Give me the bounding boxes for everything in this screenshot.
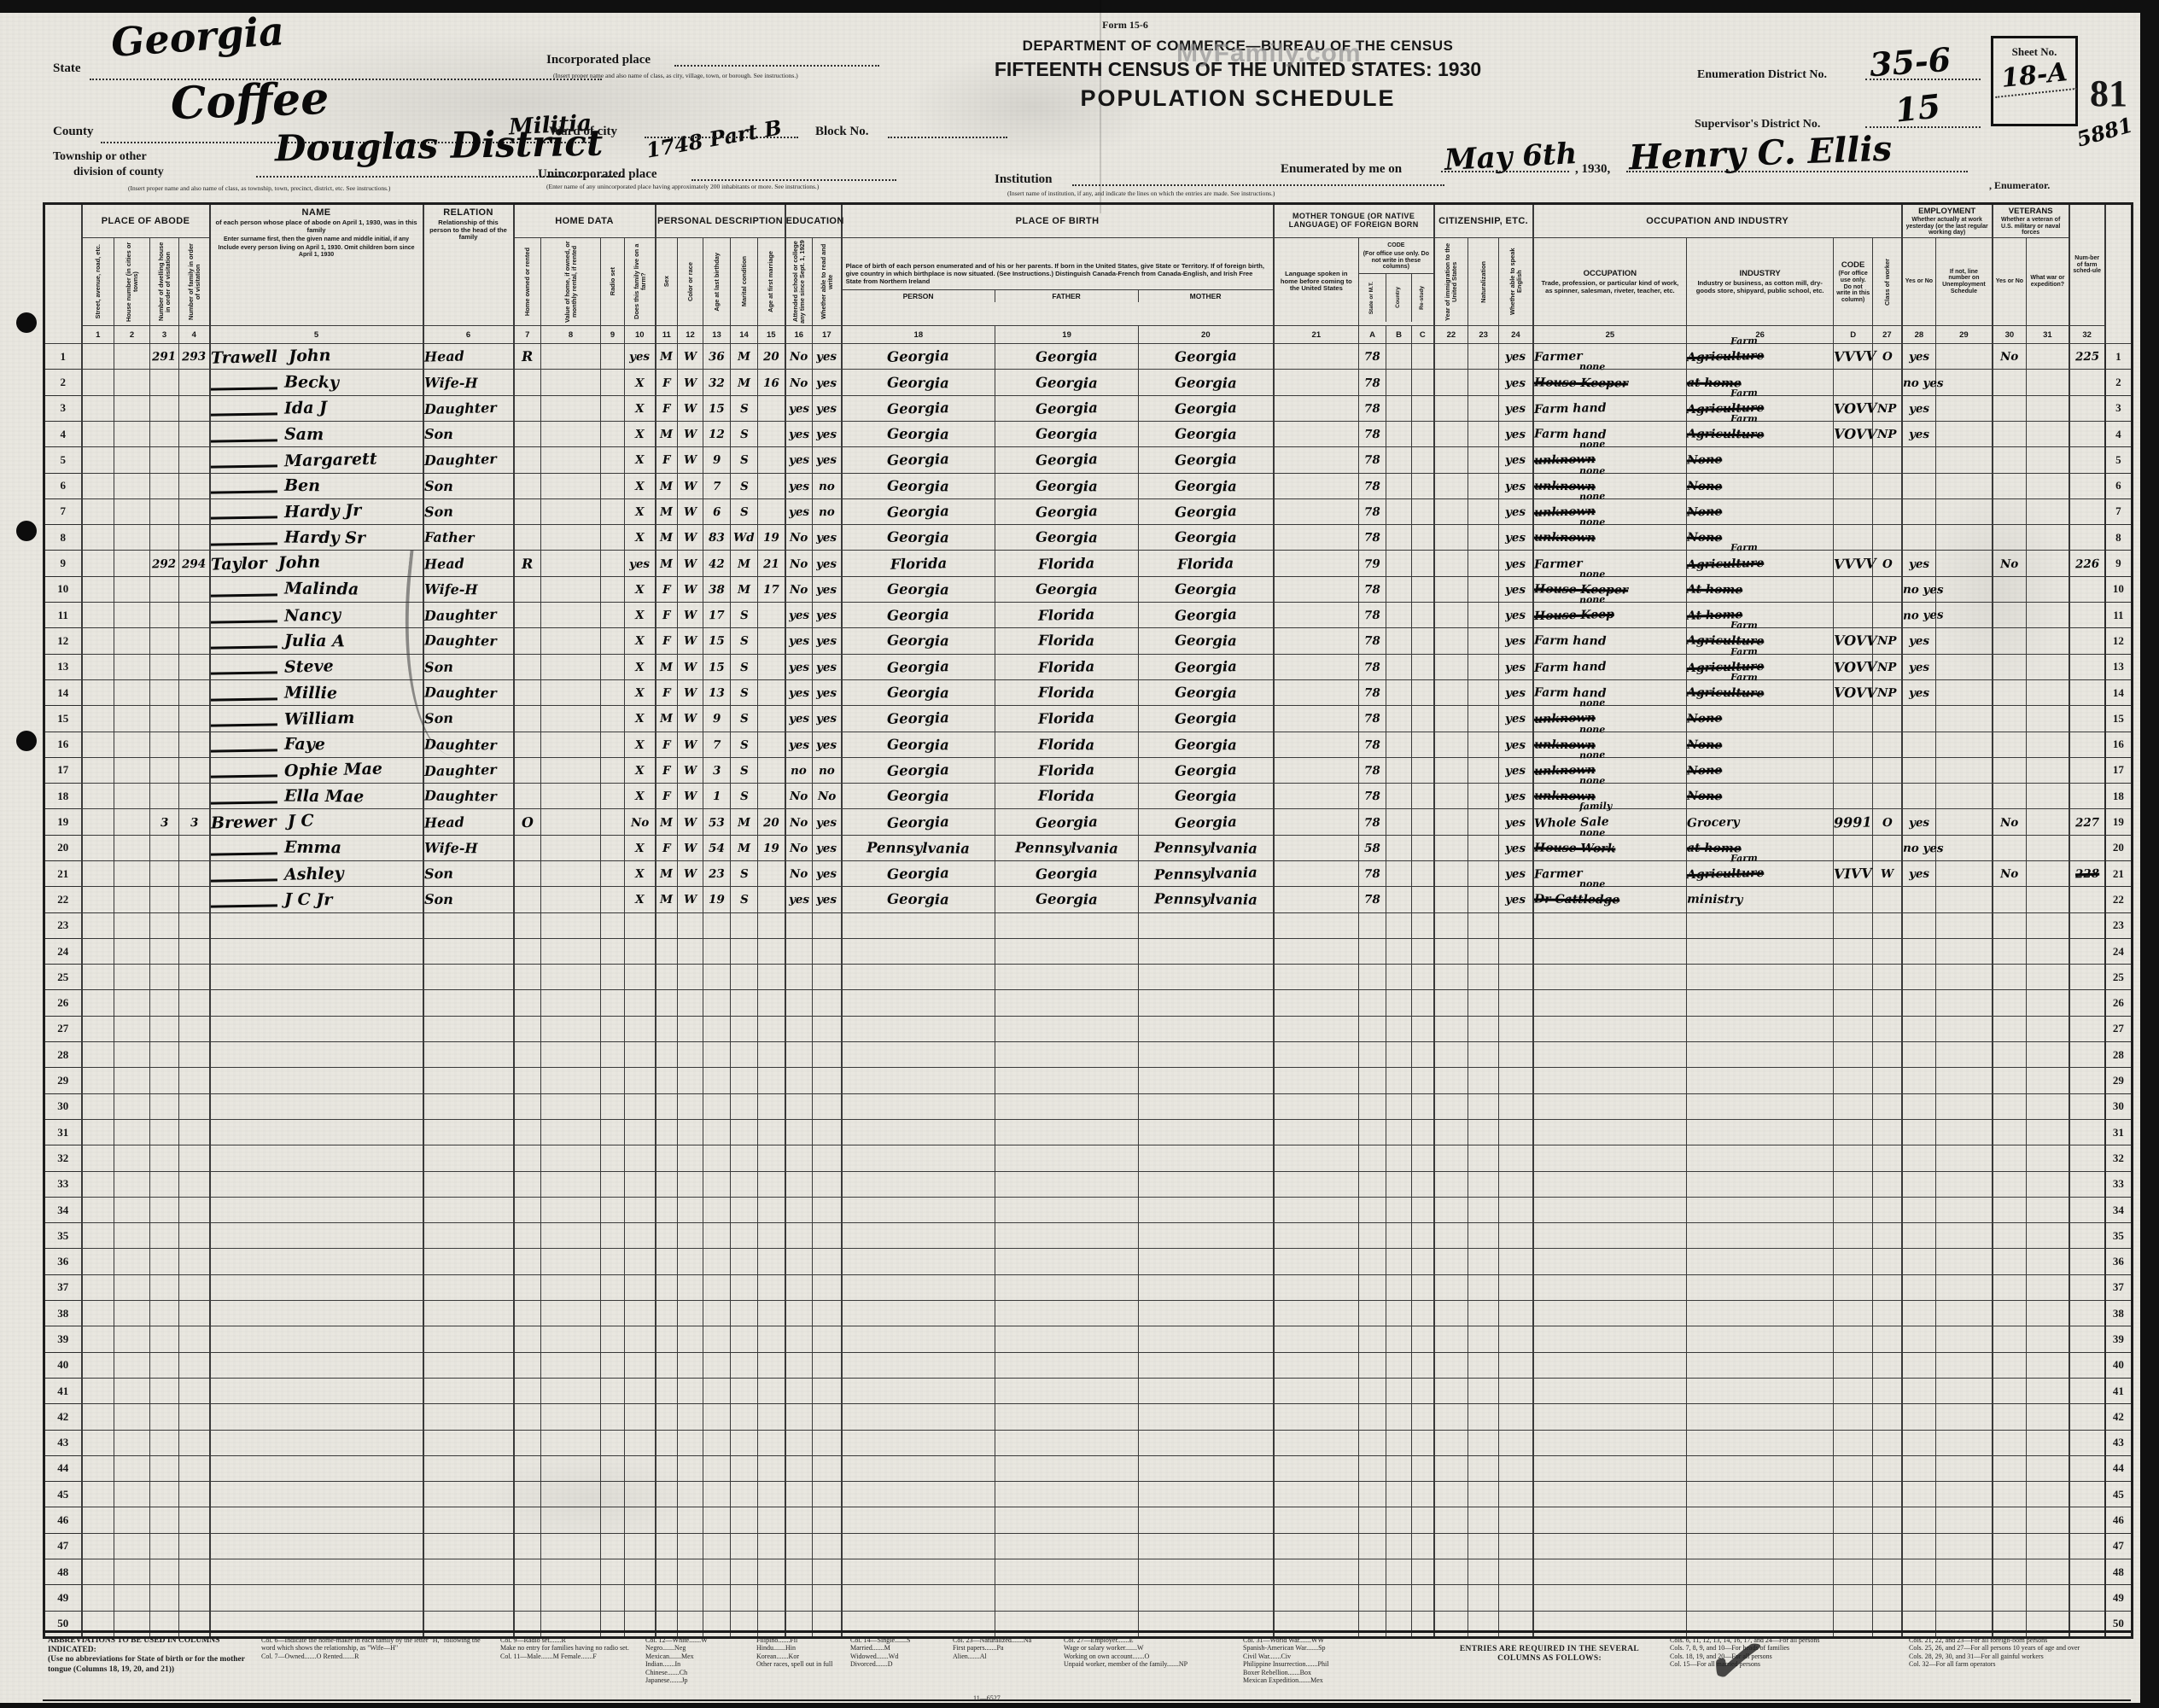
cell-c13 <box>703 1068 731 1093</box>
cell-cD <box>1834 1301 1873 1326</box>
col-number-cD: D <box>1834 326 1873 344</box>
birthplace-mother: Georgia <box>1139 654 1274 679</box>
cell-c31 <box>2027 1171 2069 1197</box>
cell-c6 <box>423 1171 514 1197</box>
cell-c23 <box>1468 1042 1499 1068</box>
cell-c17 <box>813 1197 842 1222</box>
cell-c8 <box>541 421 601 446</box>
relation-cell: Daughter <box>423 757 514 783</box>
cell-c25 <box>1533 1455 1687 1481</box>
age-first-marriage <box>758 473 785 498</box>
cell-c24 <box>1499 990 1533 1016</box>
occupation-code: VOVV <box>1834 654 1873 679</box>
cell-c13 <box>703 1404 731 1430</box>
industry-cell: FarmAgriculture <box>1687 344 1834 370</box>
birthplace-person: Georgia <box>842 576 995 602</box>
cell-c28 <box>1902 1430 1936 1455</box>
footer-line: Cols. 7, 8, 9, and 10—For heads of famil… <box>1670 1644 1899 1652</box>
cell-c4 <box>179 1042 210 1068</box>
birthplace-person: Georgia <box>842 525 995 551</box>
cell-c23 <box>1468 421 1499 446</box>
farm-schedule-number <box>2069 576 2105 602</box>
cell-c21 <box>1274 912 1359 938</box>
industry-cell: at home <box>1687 370 1834 395</box>
class-of-worker <box>1873 603 1902 628</box>
line-number: 9 <box>2105 551 2133 576</box>
cell-c15 <box>758 1326 785 1352</box>
industry-cell: Grocery <box>1687 809 1834 835</box>
race-cell: W <box>678 784 703 809</box>
cell-cD <box>1834 990 1873 1016</box>
cell-c18 <box>842 1455 995 1481</box>
cell-c21 <box>1274 473 1359 498</box>
cell-c29 <box>1936 603 1993 628</box>
cell-c31 <box>2027 757 2069 783</box>
cell-c9 <box>601 1430 625 1455</box>
dwelling-number <box>150 679 179 705</box>
cell-c23 <box>1468 525 1499 551</box>
cell-cB <box>1386 1145 1412 1171</box>
cell-c14 <box>731 1249 758 1274</box>
footer-line: Indian.......In <box>645 1660 746 1668</box>
sex-cell: M <box>656 344 678 370</box>
cell-c31 <box>2027 654 2069 679</box>
cell-c31 <box>2027 1326 2069 1352</box>
cell-c15 <box>758 938 785 964</box>
cell-c8 <box>541 1042 601 1068</box>
cell-c18 <box>842 1404 995 1430</box>
cell-cB <box>1386 421 1412 446</box>
cell-c1 <box>82 370 114 395</box>
cell-c3 <box>150 1093 179 1119</box>
line-number: 36 <box>2105 1249 2133 1274</box>
col-number-c20: 20 <box>1139 326 1274 344</box>
cell-c30 <box>1993 1119 2027 1145</box>
read-write: yes <box>813 421 842 446</box>
cell-c13 <box>703 1223 731 1249</box>
schedule-row-3: 3Ida JDaughterXFW15SyesyesGeorgiaGeorgia… <box>44 395 2133 421</box>
cell-c9 <box>601 1455 625 1481</box>
cell-c5 <box>210 1455 423 1481</box>
cell-c6 <box>423 1378 514 1403</box>
cell-cA <box>1359 1455 1386 1481</box>
cell-c2 <box>114 1249 150 1274</box>
cell-cC <box>1412 551 1434 576</box>
cell-c10 <box>625 1533 656 1559</box>
cell-c23 <box>1468 344 1499 370</box>
col-number-c18: 18 <box>842 326 995 344</box>
speaks-english: yes <box>1499 757 1533 783</box>
industry-cell: None <box>1687 706 1834 732</box>
occupation-cell: noneHouse Keep <box>1533 603 1687 628</box>
speaks-english: yes <box>1499 576 1533 602</box>
veteran-cell <box>1993 603 2027 628</box>
cell-cB <box>1386 1326 1412 1352</box>
cell-cB <box>1386 1093 1412 1119</box>
supervisor-district-label: Supervisor's District No. <box>1695 118 1820 131</box>
attended-school: yes <box>785 395 813 421</box>
cell-c27 <box>1873 1145 1902 1171</box>
cell-c14 <box>731 1016 758 1041</box>
occupation-code: VVVV <box>1834 551 1873 576</box>
occupation-cell: noneunknown <box>1533 732 1687 757</box>
cell-c14 <box>731 1482 758 1507</box>
line-number: 48 <box>2105 1559 2133 1585</box>
cell-cA <box>1359 1223 1386 1249</box>
cell-c29 <box>1936 344 1993 370</box>
attended-school: No <box>785 576 813 602</box>
industry-cell: None <box>1687 498 1834 524</box>
cell-c21 <box>1274 1507 1359 1533</box>
col-number-c30: 30 <box>1993 326 2027 344</box>
birthplace-father: Florida <box>995 654 1139 679</box>
cell-cC <box>1412 679 1434 705</box>
age-cell: 13 <box>703 679 731 705</box>
cell-c4 <box>179 1585 210 1611</box>
cell-c14 <box>731 965 758 990</box>
cell-c28 <box>1902 1223 1936 1249</box>
cell-c10 <box>625 990 656 1016</box>
name-cell: J C Jr <box>210 887 423 912</box>
col-number-cA: A <box>1359 326 1386 344</box>
cell-c26 <box>1687 1533 1834 1559</box>
ditto-mark <box>211 594 277 598</box>
class-of-worker <box>1873 473 1902 498</box>
schedule-row-34: 3434 <box>44 1197 2133 1222</box>
cell-c7 <box>514 1249 541 1274</box>
lives-on-farm: X <box>625 603 656 628</box>
cell-c5 <box>210 1249 423 1274</box>
cell-cD <box>1834 1042 1873 1068</box>
cell-c29 <box>1936 1145 1993 1171</box>
footer-line: Chinese.......Ch <box>645 1669 746 1676</box>
cell-c2 <box>114 809 150 835</box>
cell-cB <box>1386 1378 1412 1403</box>
line-number: 38 <box>2105 1301 2133 1326</box>
abbreviations-footer: ABBREVIATIONS TO BE USED IN COLUMNS INDI… <box>43 1630 2131 1701</box>
cell-c9 <box>601 576 625 602</box>
cell-c22 <box>1434 1016 1468 1041</box>
cell-c23 <box>1468 551 1499 576</box>
cell-c29 <box>1936 1585 1993 1611</box>
cell-c29 <box>1936 1507 1993 1533</box>
cell-c21 <box>1274 498 1359 524</box>
cell-c19 <box>995 1249 1139 1274</box>
cell-cD <box>1834 1274 1873 1300</box>
read-write: yes <box>813 370 842 395</box>
group-education: EDUCATION <box>785 204 842 238</box>
ditto-mark <box>211 620 277 623</box>
cell-cD <box>1834 965 1873 990</box>
col-header-c3: Number of dwelling house in order of vis… <box>150 238 179 326</box>
cell-c10 <box>625 1016 656 1041</box>
cell-c15 <box>758 1197 785 1222</box>
home-owned-rented <box>514 603 541 628</box>
code-state: 78 <box>1359 732 1386 757</box>
relation-cell: Daughter <box>423 447 514 473</box>
cell-c17 <box>813 1378 842 1403</box>
cell-c9 <box>601 1068 625 1093</box>
name-cell: Steve <box>210 654 423 679</box>
cell-c32 <box>2069 1507 2105 1533</box>
cell-c9 <box>601 603 625 628</box>
cell-c27 <box>1873 965 1902 990</box>
cell-c2 <box>114 1352 150 1378</box>
cell-cA <box>1359 1042 1386 1068</box>
cell-c11 <box>656 965 678 990</box>
family-number <box>179 757 210 783</box>
line-number: 26 <box>44 990 82 1016</box>
cell-c22 <box>1434 603 1468 628</box>
cell-c8 <box>541 551 601 576</box>
col-header-c28: Yes or No <box>1902 238 1936 326</box>
read-write: no <box>813 473 842 498</box>
veteran-cell <box>1993 421 2027 446</box>
line-number: 32 <box>44 1145 82 1171</box>
cell-c15 <box>758 1559 785 1585</box>
marital-cell: M <box>731 370 758 395</box>
cell-c10 <box>625 1223 656 1249</box>
cell-c22 <box>1434 1068 1468 1093</box>
home-owned-rented <box>514 628 541 654</box>
cell-c25 <box>1533 938 1687 964</box>
cell-cD <box>1834 1068 1873 1093</box>
occupation-note: none <box>1579 775 1605 786</box>
cell-c8 <box>541 1171 601 1197</box>
cell-c27 <box>1873 1093 1902 1119</box>
cell-c2 <box>114 861 150 887</box>
cell-c24 <box>1499 1093 1533 1119</box>
line-number: 31 <box>2105 1119 2133 1145</box>
cell-cB <box>1386 1068 1412 1093</box>
cell-c28 <box>1902 1507 1936 1533</box>
cell-c30 <box>1993 990 2027 1016</box>
schedule-row-31: 3131 <box>44 1119 2133 1145</box>
cell-c31 <box>2027 784 2069 809</box>
cell-c23 <box>1468 1559 1499 1585</box>
col-header-c22: Year of immigration to the United States <box>1434 238 1468 326</box>
cell-c28 <box>1902 1585 1936 1611</box>
cell-c12 <box>678 1249 703 1274</box>
age-first-marriage <box>758 784 785 809</box>
cell-c21 <box>1274 1274 1359 1300</box>
cell-c20 <box>1139 990 1274 1016</box>
cell-c29 <box>1936 370 1993 395</box>
abbreviation-block: Cols. 6, 11, 12, 13, 14, 16, 17, and 24—… <box>1665 1633 1904 1672</box>
cell-c9 <box>601 835 625 860</box>
line-number: 16 <box>2105 732 2133 757</box>
cell-c5 <box>210 1533 423 1559</box>
cell-cB <box>1386 706 1412 732</box>
cell-c13 <box>703 1455 731 1481</box>
cell-cB <box>1386 1507 1412 1533</box>
attended-school: No <box>785 784 813 809</box>
cell-cC <box>1412 473 1434 498</box>
cell-c27 <box>1873 938 1902 964</box>
age-cell: 32 <box>703 370 731 395</box>
cell-c22 <box>1434 654 1468 679</box>
speaks-english: yes <box>1499 628 1533 654</box>
line-number: 24 <box>2105 938 2133 964</box>
line-number: 34 <box>44 1197 82 1222</box>
cell-c27 <box>1873 1533 1902 1559</box>
speaks-english: yes <box>1499 784 1533 809</box>
cell-c15 <box>758 1016 785 1041</box>
cell-c4 <box>179 1301 210 1326</box>
footer-line: ENTRIES ARE REQUIRED IN THE SEVERAL COLU… <box>1439 1645 1660 1664</box>
group-name: NAMEof each person whose place of abode … <box>210 204 423 326</box>
cell-c32 <box>2069 1249 2105 1274</box>
cell-c3 <box>150 1016 179 1041</box>
col-number-c32: 32 <box>2069 326 2105 344</box>
birthplace-person: Georgia <box>842 370 995 395</box>
schedule-row-38: 3838 <box>44 1301 2133 1326</box>
print-code: 11—6527 <box>973 1694 1001 1702</box>
cell-c17 <box>813 1119 842 1145</box>
code-state: 78 <box>1359 525 1386 551</box>
cell-c8 <box>541 757 601 783</box>
ditto-mark <box>211 542 277 545</box>
col-number-c16: 16 <box>785 326 813 344</box>
footer-line: First papers.......Pa <box>953 1644 1053 1652</box>
code-state: 78 <box>1359 784 1386 809</box>
block-line <box>888 114 1007 138</box>
worked-yesterday <box>1902 732 1936 757</box>
cell-c7 <box>514 1042 541 1068</box>
cell-c31 <box>2027 498 2069 524</box>
cell-c1 <box>82 654 114 679</box>
cell-c22 <box>1434 628 1468 654</box>
veteran-cell <box>1993 835 2027 860</box>
cell-c11 <box>656 1274 678 1300</box>
cell-c25 <box>1533 1223 1687 1249</box>
industry-header: INDUSTRYIndustry or business, as cotton … <box>1687 238 1834 326</box>
cell-c26 <box>1687 1145 1834 1171</box>
cell-c25 <box>1533 1326 1687 1352</box>
cell-c9 <box>601 1249 625 1274</box>
cell-c28 <box>1902 1326 1936 1352</box>
cell-c22 <box>1434 395 1468 421</box>
age-cell: 83 <box>703 525 731 551</box>
cell-cA <box>1359 1482 1386 1507</box>
cell-c24 <box>1499 1223 1533 1249</box>
cell-c2 <box>114 421 150 446</box>
cell-c4 <box>179 1559 210 1585</box>
schedule-row-36: 3636 <box>44 1249 2133 1274</box>
birthplace-person: Georgia <box>842 473 995 498</box>
occupation-code <box>1834 887 1873 912</box>
cell-c16 <box>785 1068 813 1093</box>
cell-c20 <box>1139 912 1274 938</box>
cell-cA <box>1359 1016 1386 1041</box>
birthplace-mother: Georgia <box>1139 603 1274 628</box>
read-write: yes <box>813 654 842 679</box>
worked-yesterday: yes <box>1902 654 1936 679</box>
cell-c10 <box>625 1378 656 1403</box>
cell-c25 <box>1533 1119 1687 1145</box>
lives-on-farm: X <box>625 498 656 524</box>
code-state: 78 <box>1359 679 1386 705</box>
cell-c3 <box>150 1042 179 1068</box>
cell-c2 <box>114 757 150 783</box>
dwelling-number <box>150 421 179 446</box>
cell-c5 <box>210 1274 423 1300</box>
cell-c23 <box>1468 1197 1499 1222</box>
cell-c26 <box>1687 1482 1834 1507</box>
occupation-cell: noneHouse Keeper <box>1533 370 1687 395</box>
occupation-cell: noneunknown <box>1533 447 1687 473</box>
cell-c13 <box>703 1585 731 1611</box>
cell-c26 <box>1687 1404 1834 1430</box>
cell-c31 <box>2027 990 2069 1016</box>
schedule-row-6: 6BenSonXMW7SyesnoGeorgiaGeorgiaGeorgia78… <box>44 473 2133 498</box>
farm-schedule-number <box>2069 603 2105 628</box>
veteran-cell <box>1993 654 2027 679</box>
cell-c10 <box>625 1093 656 1119</box>
class-of-worker: NP <box>1873 628 1902 654</box>
cell-cB <box>1386 938 1412 964</box>
cell-c14 <box>731 1533 758 1559</box>
schedule-row-8: 8Hardy SrFatherXMW83Wd19NoyesGeorgiaGeor… <box>44 525 2133 551</box>
speaks-english: yes <box>1499 887 1533 912</box>
lives-on-farm: X <box>625 861 656 887</box>
cell-cA <box>1359 1533 1386 1559</box>
cell-c18 <box>842 1145 995 1171</box>
class-of-worker <box>1873 887 1902 912</box>
name-cell: Becky <box>210 370 423 395</box>
cell-cC <box>1412 1171 1434 1197</box>
cell-c2 <box>114 1455 150 1481</box>
cell-c8 <box>541 1559 601 1585</box>
cell-cD <box>1834 1197 1873 1222</box>
name-cell: Hardy Jr <box>210 498 423 524</box>
cell-c28 <box>1902 1378 1936 1403</box>
name-cell: Hardy Sr <box>210 525 423 551</box>
cell-c11 <box>656 1197 678 1222</box>
cell-c9 <box>601 421 625 446</box>
cell-c12 <box>678 1404 703 1430</box>
cell-c8 <box>541 576 601 602</box>
cell-c12 <box>678 1274 703 1300</box>
home-owned-rented <box>514 784 541 809</box>
industry-cell: None <box>1687 473 1834 498</box>
cell-c31 <box>2027 706 2069 732</box>
attended-school: No <box>785 370 813 395</box>
cell-c8 <box>541 1145 601 1171</box>
cell-cB <box>1386 1274 1412 1300</box>
line-number: 22 <box>44 887 82 912</box>
worked-yesterday: yes <box>1902 861 1936 887</box>
schedule-row-2: 2BeckyWife-HXFW32M16NoyesGeorgiaGeorgiaG… <box>44 370 2133 395</box>
cell-c5 <box>210 1223 423 1249</box>
cell-c32 <box>2069 1016 2105 1041</box>
industry-cell: FarmAgriculture <box>1687 421 1834 446</box>
cell-c2 <box>114 1171 150 1197</box>
cell-c18 <box>842 1223 995 1249</box>
home-owned-rented: R <box>514 551 541 576</box>
cell-c30 <box>1993 1274 2027 1300</box>
cell-c14 <box>731 1455 758 1481</box>
cell-c8 <box>541 1430 601 1455</box>
cell-c8 <box>541 1482 601 1507</box>
cell-c26 <box>1687 1352 1834 1378</box>
occupation-cell: noneunknown <box>1533 706 1687 732</box>
group-mother-tongue: MOTHER TONGUE (OR NATIVE LANGUAGE) OF FO… <box>1274 204 1434 238</box>
name-cell: Brewer J C <box>210 809 423 835</box>
cell-c16 <box>785 990 813 1016</box>
col-header-c30: Yes or No <box>1993 238 2027 326</box>
relation-cell: Head <box>423 551 514 576</box>
